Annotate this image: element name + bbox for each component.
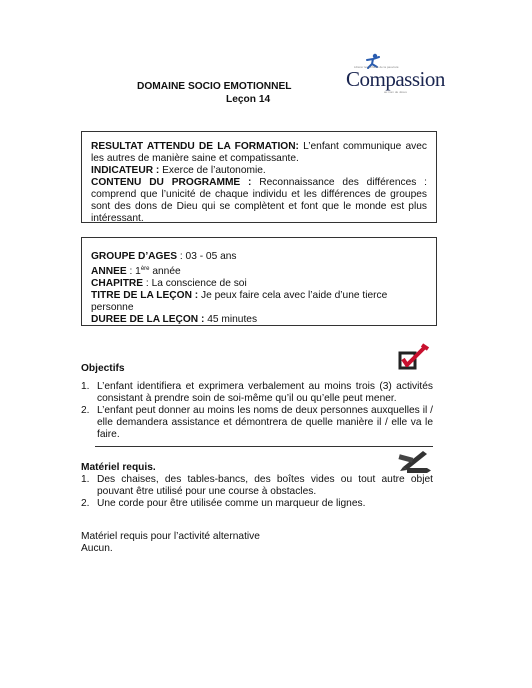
section-divider	[95, 446, 433, 447]
checkbox-pen-icon	[398, 343, 430, 371]
list-item: 1.L’enfant identifiera et exprimera verb…	[81, 381, 433, 405]
alternative-text: Aucun.	[81, 543, 113, 555]
materiel-list: 1.Des chaises, des tables-bancs, des boî…	[81, 474, 433, 510]
list-item: 2.Une corde pour être utilisée comme un …	[81, 498, 433, 510]
list-item: 2.L’enfant peut donner au moins les noms…	[81, 405, 433, 441]
item-number: 2.	[81, 405, 90, 417]
duree-text: 45 minutes	[204, 314, 257, 325]
item-text: L’enfant identifiera et exprimera verbal…	[97, 381, 433, 404]
item-number: 1.	[81, 381, 90, 393]
lesson-number: Leçon 14	[226, 94, 270, 105]
item-number: 2.	[81, 498, 90, 510]
item-text: Une corde pour être utilisée comme un ma…	[97, 498, 365, 509]
alternative-heading: Matériel requis pour l’activité alternat…	[81, 531, 260, 543]
groupe-text: : 03 - 05 ans	[177, 251, 236, 262]
domain-title: DOMAINE SOCIO EMOTIONNEL	[137, 81, 292, 92]
chapitre-text: : La conscience de soi	[143, 278, 247, 289]
formation-box: RESULTAT ATTENDU DE LA FORMATION: L’enfa…	[81, 131, 437, 223]
chapitre-label: CHAPITRE	[91, 278, 143, 289]
annee-label: ANNEE	[91, 266, 127, 277]
annee-suffix: année	[150, 266, 181, 277]
compassion-logo: Libérer les enfants de la pauvreté Compa…	[344, 55, 436, 100]
list-item: 1.Des chaises, des tables-bancs, des boî…	[81, 474, 433, 498]
objectifs-heading: Objectifs	[81, 363, 125, 374]
objectifs-list: 1.L’enfant identifiera et exprimera verb…	[81, 381, 433, 441]
duree-label: DUREE DE LA LEÇON :	[91, 314, 204, 325]
materiel-heading: Matériel requis.	[81, 462, 156, 473]
annee-prefix: : 1	[127, 266, 141, 277]
resultat-label: RESULTAT ATTENDU DE LA FORMATION:	[91, 141, 299, 152]
logo-wordmark: Compassion	[346, 67, 445, 92]
item-text: Des chaises, des tables-bancs, des boîte…	[97, 474, 433, 497]
indicateur-text: Exerce de l’autonomie.	[159, 165, 265, 176]
annee-sup: ère	[141, 266, 150, 272]
lesson-info-box: GROUPE D’AGES : 03 - 05 ans ANNEE : 1ère…	[81, 237, 437, 326]
indicateur-label: INDICATEUR :	[91, 165, 159, 176]
logo-tagline-bottom: au nom de Jésus	[384, 90, 407, 94]
item-number: 1.	[81, 474, 90, 486]
contenu-label: CONTENU DU PROGRAMME :	[91, 177, 251, 188]
titre-label: TITRE DE LA LEÇON :	[91, 290, 198, 301]
pencils-icon	[397, 449, 431, 475]
item-text: L’enfant peut donner au moins les noms d…	[97, 405, 433, 440]
groupe-label: GROUPE D’AGES	[91, 251, 177, 262]
